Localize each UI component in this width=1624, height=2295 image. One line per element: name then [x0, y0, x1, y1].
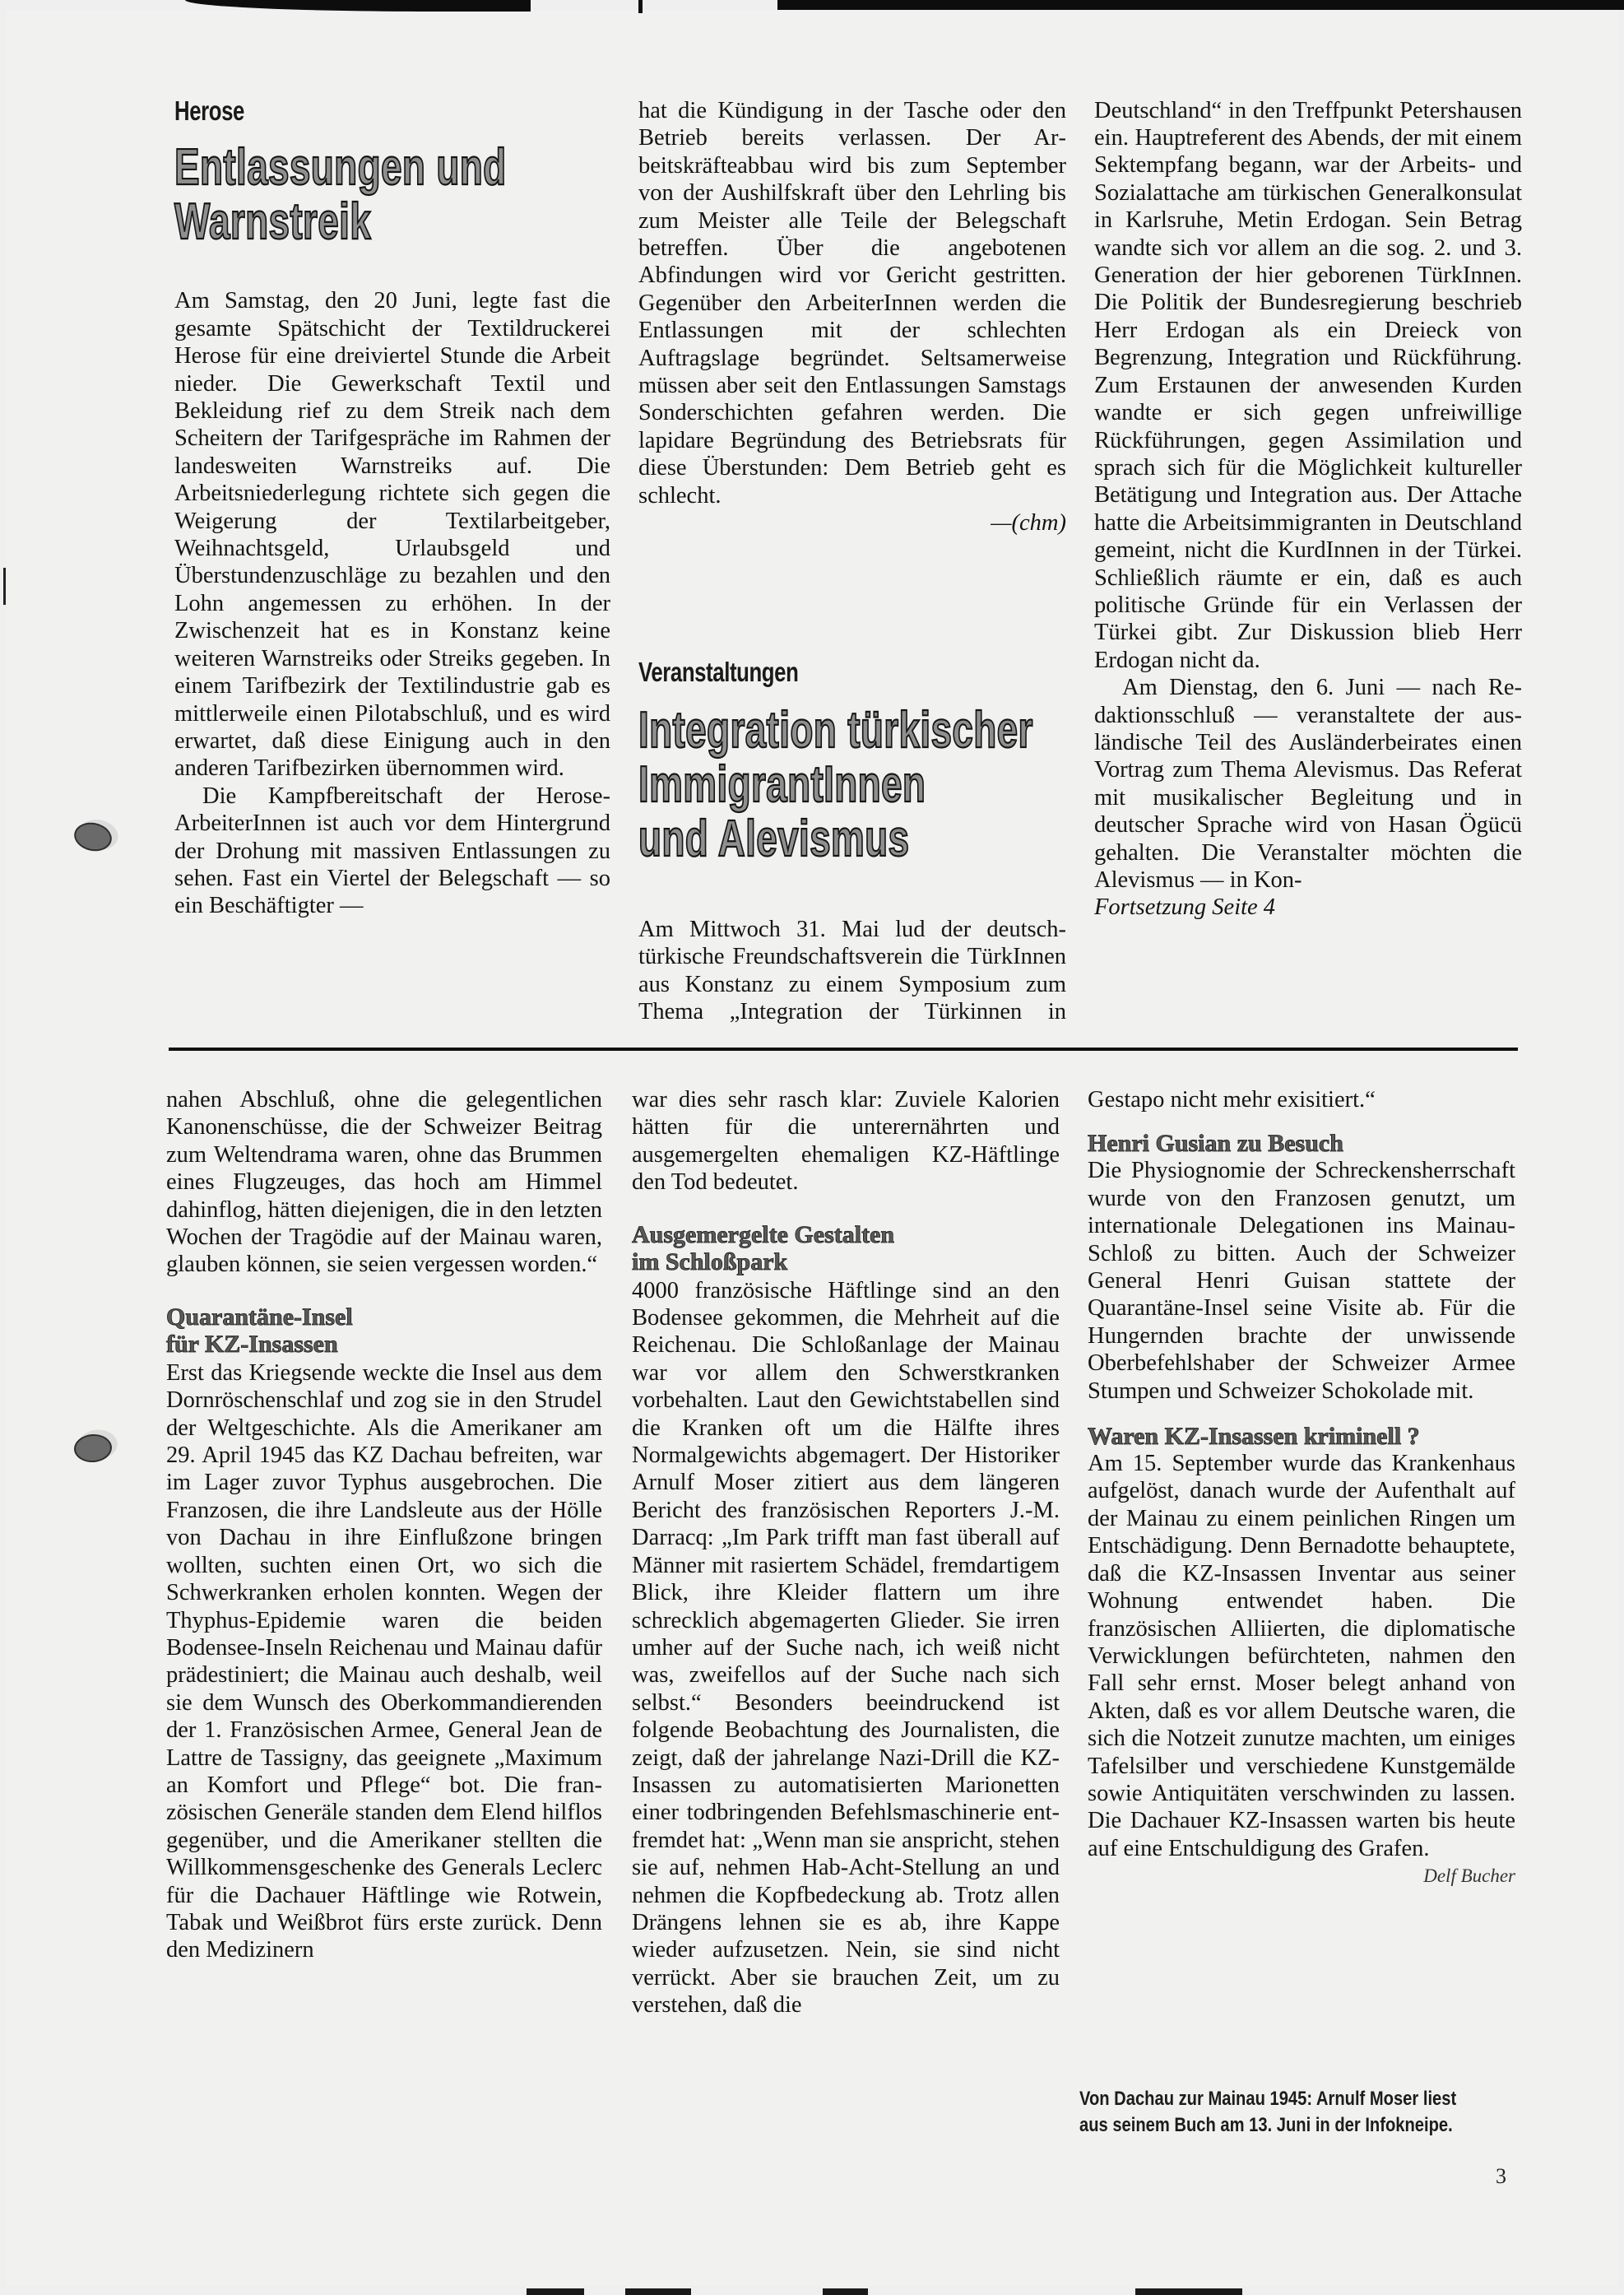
headline: Warnstreik [174, 195, 497, 249]
paragraph: Am Samstag, den 20 Juni, legte fast die … [174, 287, 610, 782]
paragraph: Am Dienstag, den 6. Juni — nach Re­dakti… [1094, 674, 1522, 894]
scan-border-bottom [1135, 2288, 1242, 2295]
article-veranstaltungen-body: Am Mittwoch 31. Mai lud der deutsch-türk… [1094, 97, 1522, 1043]
section-divider [169, 1048, 1518, 1051]
headline: Integration türkischer [638, 704, 955, 758]
paragraph: Die Kampfbereitschaft der Herose-Arbeite… [174, 783, 610, 920]
article-mainau-col3: Gestapo nicht mehr exisitiert.“ Henri Gu… [1088, 1086, 1515, 1890]
paragraph: hat die Kündigung in der Tasche oder den… [638, 97, 1066, 509]
article-veranstaltungen-body-start: Am Mittwoch 31. Mai lud der deutsch-türk… [638, 916, 1066, 1027]
caption-line: Von Dachau zur Mainau 1945: Arnulf Moser… [1079, 2086, 1453, 2112]
scan-border-bottom [527, 2288, 584, 2295]
byline: —(chm) [638, 509, 1066, 537]
subheading: Waren KZ-Insassen kriminell ? [1088, 1423, 1515, 1450]
paragraph: Am Mittwoch 31. Mai lud der deutsch-türk… [1094, 97, 1522, 674]
paragraph: Gestapo nicht mehr exisitiert.“ [1088, 1086, 1515, 1113]
subheading: Henri Gusian zu Besuch [1088, 1130, 1515, 1157]
paragraph: war dies sehr rasch klar: Zuviele Kalo­r… [632, 1086, 1060, 1196]
paragraph: 4000 französische Häftlinge sind an den … [632, 1277, 1060, 2019]
author-signature: Delf Bucher [1088, 1862, 1515, 1889]
scan-border-bottom [823, 2288, 868, 2295]
caption-line: aus seinem Buch am 13. Juni in der Infok… [1079, 2112, 1453, 2139]
subheading: Ausgemergelte Gestalten [632, 1221, 1060, 1248]
paragraph: Am 15. September wurde das Kranken­haus … [1088, 1450, 1515, 1862]
subheading: im Schloßpark [632, 1248, 1060, 1275]
section-kicker: Herose [174, 97, 514, 124]
article-mainau-col1: nahen Abschluß, ohne die gelegentli­chen… [166, 1086, 602, 1964]
paragraph: Die Physiognomie der Schreckensherr­scha… [1088, 1157, 1515, 1405]
scan-border-top [777, 0, 1624, 10]
article-herose: Herose Entlassungen und Warnstreik Am Sa… [174, 97, 610, 920]
headline: Entlassungen und [174, 141, 497, 195]
headline: und Alevismus [638, 812, 955, 866]
section-kicker: Veranstaltungen [638, 658, 972, 685]
subheading: für KZ-Insassen [166, 1331, 602, 1358]
article-veranstaltungen: Veranstaltungen Integration türkischer I… [638, 658, 1066, 866]
scan-border-bottom [625, 2288, 691, 2295]
paragraph: nahen Abschluß, ohne die gelegentli­chen… [166, 1086, 602, 1279]
event-caption: Von Dachau zur Mainau 1945: Arnulf Moser… [1079, 2086, 1453, 2139]
scan-mark [3, 568, 6, 605]
headline: ImmigrantInnen [638, 758, 955, 812]
paragraph: Erst das Kriegsende weckte die Insel aus… [166, 1359, 602, 1964]
paragraph: Am Mittwoch 31. Mai lud der deutsch-türk… [638, 916, 1066, 1027]
article-herose-continued: hat die Kündigung in der Tasche oder den… [638, 97, 1066, 537]
article-mainau-col2: war dies sehr rasch klar: Zuviele Kalo­r… [632, 1086, 1060, 2019]
continued-on-page-link[interactable]: Fortsetzung Seite 4 [1094, 894, 1522, 921]
scan-mark [638, 0, 643, 13]
subheading: Quarantäne-Insel [166, 1303, 602, 1331]
page-number: 3 [1496, 2164, 1506, 2189]
